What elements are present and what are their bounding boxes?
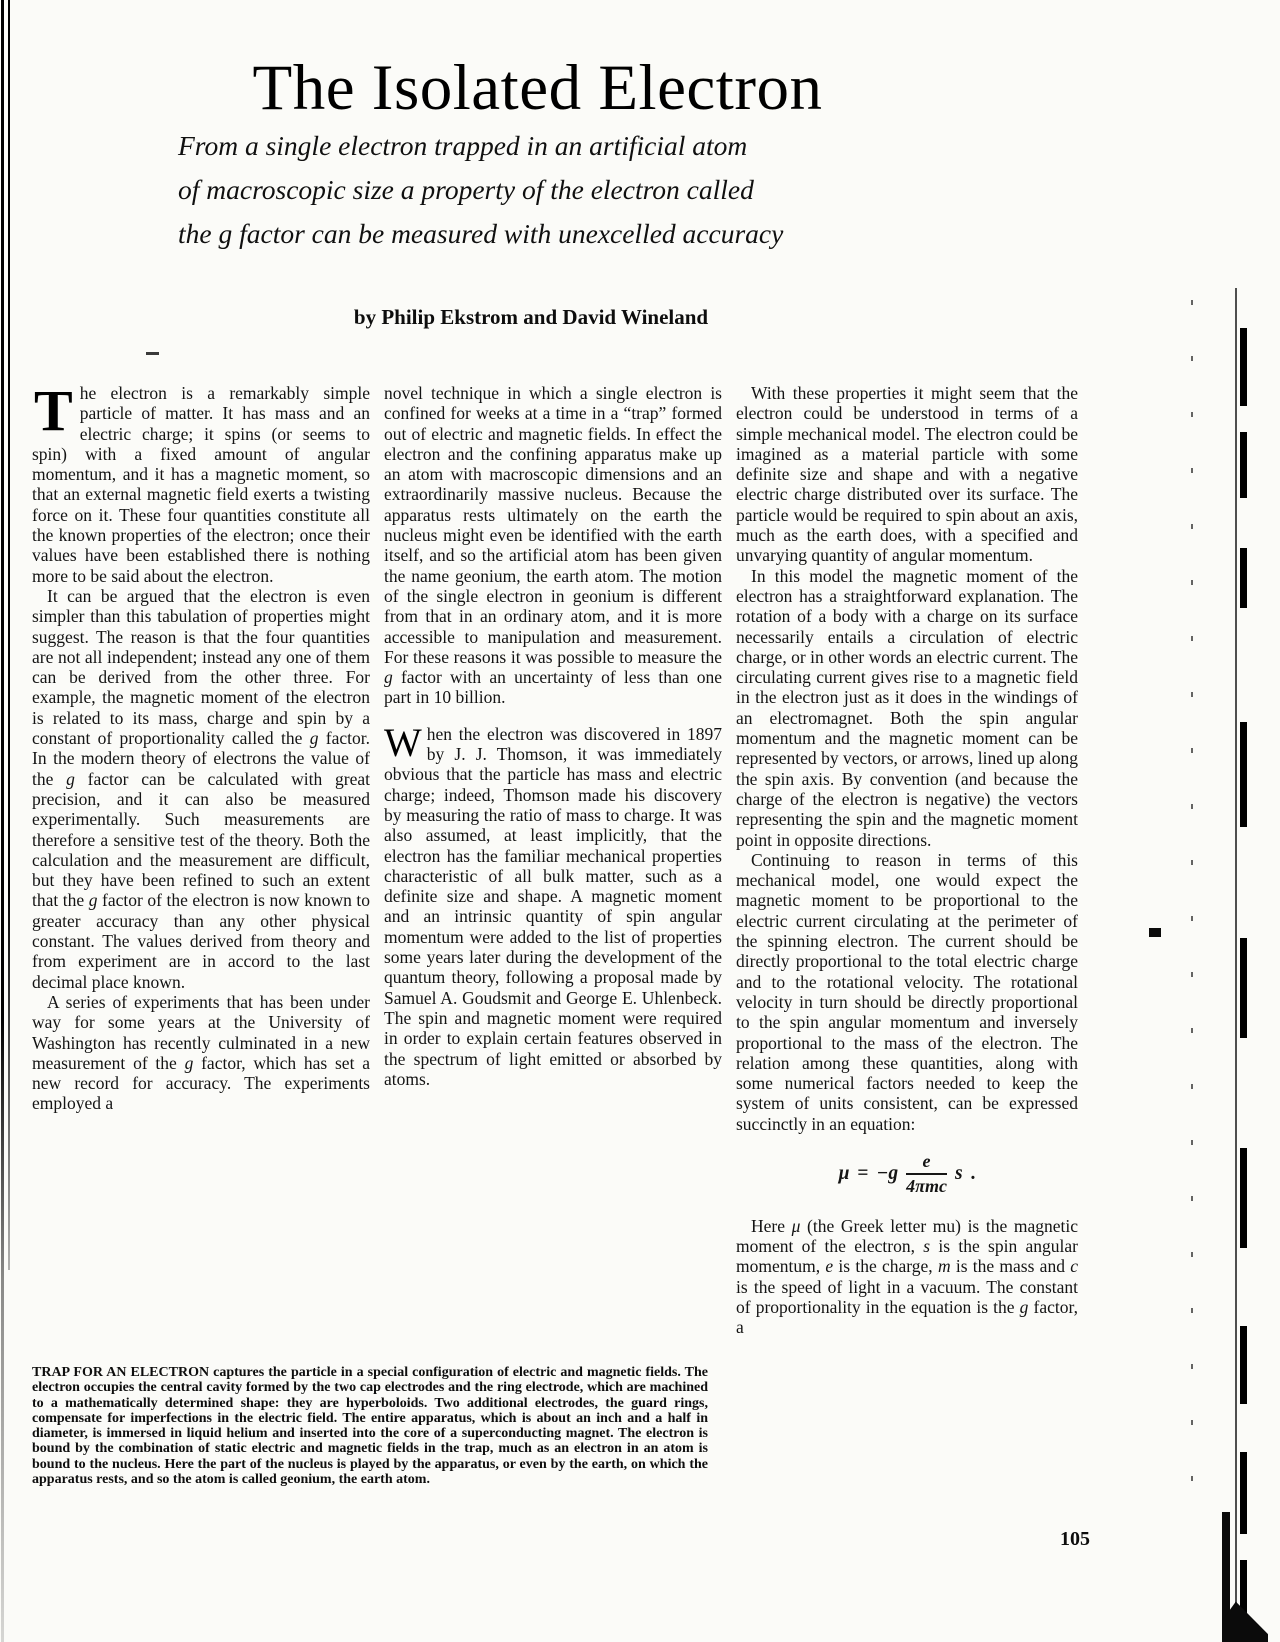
scan-artifact-right-segment <box>1240 1452 1247 1534</box>
figure-caption: TRAP FOR AN ELECTRON captures the partic… <box>32 1365 708 1487</box>
paragraph: When the electron was discovered in 1897… <box>384 724 722 1089</box>
scan-artifact-right-segment <box>1240 1148 1247 1248</box>
equation-numerator: e <box>923 1152 931 1171</box>
equation-equals: = <box>857 1164 868 1184</box>
scan-artifact-left-rule-inner <box>8 0 10 1270</box>
article-title: The Isolated Electron <box>0 48 1075 128</box>
scan-artifact-dash <box>146 352 159 355</box>
drop-cap-W: W <box>384 726 422 759</box>
caption-lead: TRAP FOR AN ELECTRON <box>32 1365 209 1380</box>
equation-coefficient: −g <box>877 1164 899 1184</box>
scan-artifact-right-rule <box>1235 288 1237 1642</box>
magazine-page: The Isolated Electron From a single elec… <box>0 0 1280 1642</box>
scan-artifact-right-segment <box>1240 938 1247 1038</box>
drop-cap-T: T <box>34 387 73 434</box>
scan-artifact-right-segment <box>1240 432 1247 498</box>
text-column-2: novel technique in which a single electr… <box>384 383 722 1089</box>
paragraph-text: hen the electron was discovered in 1897 … <box>384 724 722 1089</box>
equation-denominator: 4πmc <box>906 1177 947 1196</box>
equation-fraction: e 4πmc <box>906 1152 947 1196</box>
text-column-1: The electron is a remarkably simple part… <box>32 383 370 1114</box>
paragraph: In this model the magnetic moment of the… <box>736 566 1078 850</box>
fraction-bar <box>906 1173 947 1175</box>
equation-period: . <box>971 1164 976 1184</box>
paragraph-text: he electron is a remarkably simple parti… <box>32 383 370 586</box>
equation-mu: μ <box>839 1164 850 1184</box>
caption-text: captures the particle in a special confi… <box>32 1365 708 1487</box>
paragraph: The electron is a remarkably simple part… <box>32 383 370 586</box>
paragraph: With these properties it might seem that… <box>736 383 1078 566</box>
deck-line-2: of macroscopic size a property of the el… <box>178 168 938 212</box>
paragraph: A series of experiments that has been un… <box>32 992 370 1114</box>
paragraph: Here μ (the Greek letter mu) is the magn… <box>736 1216 1078 1338</box>
scan-artifact-right-segment <box>1240 722 1247 827</box>
deck-line-3: the g factor can be measured with unexce… <box>178 212 938 256</box>
scan-artifact-left-rule-outer <box>1 0 4 1642</box>
g-factor-equation: μ = −g e 4πmc s . <box>736 1152 1078 1196</box>
paragraph: novel technique in which a single electr… <box>384 383 722 708</box>
scan-artifact-right-segment <box>1240 328 1247 406</box>
page-number: 105 <box>1000 1528 1090 1551</box>
equation-spin: s <box>955 1164 963 1184</box>
scan-artifact-right-segment <box>1240 548 1247 608</box>
article-deck: From a single electron trapped in an art… <box>178 124 938 256</box>
text-column-3: With these properties it might seem that… <box>736 383 1078 1338</box>
scan-artifact-right-segment <box>1240 1326 1247 1404</box>
deck-line-1: From a single electron trapped in an art… <box>178 124 938 168</box>
scan-artifact-dotted-rule <box>1191 300 1193 1530</box>
paragraph: Continuing to reason in terms of this me… <box>736 850 1078 1134</box>
byline: by Philip Ekstrom and David Wineland <box>0 305 1062 330</box>
scan-artifact-square <box>1149 928 1161 937</box>
paragraph: It can be argued that the electron is ev… <box>32 586 370 992</box>
